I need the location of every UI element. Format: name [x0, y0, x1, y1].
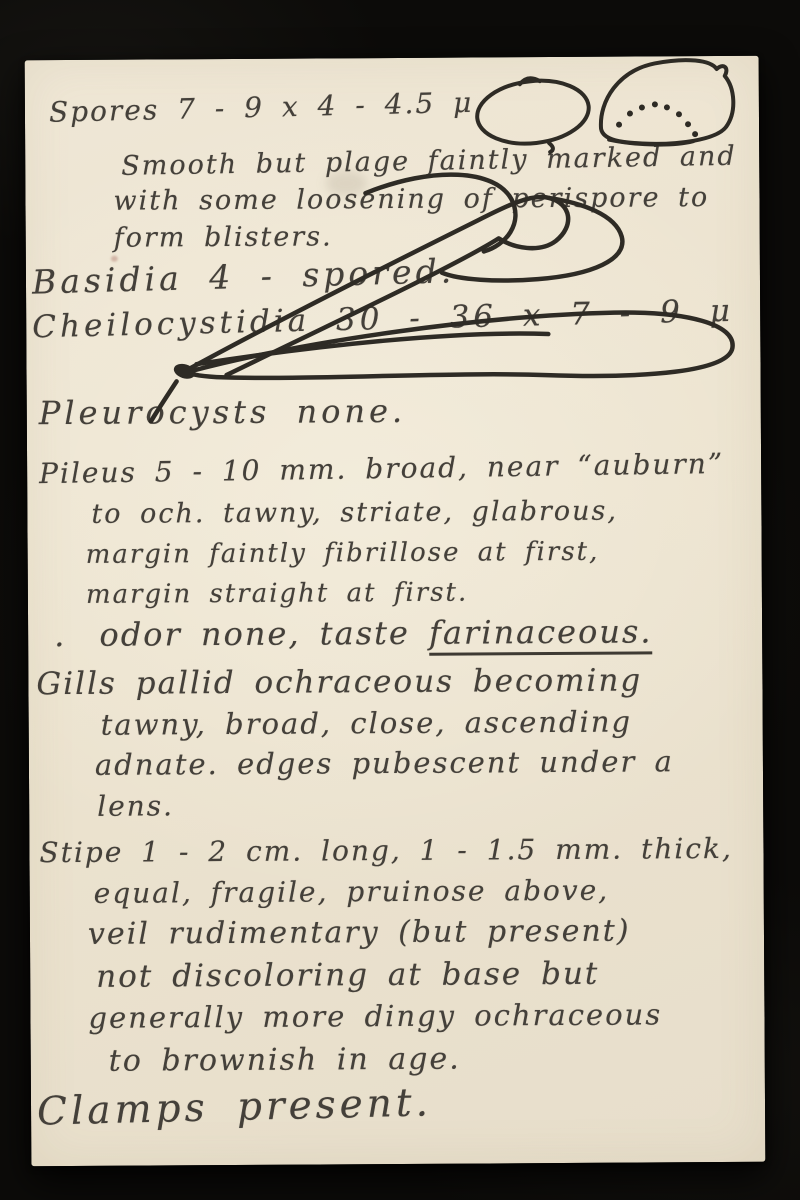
note-line: margin faintly fibrillose at first, — [86, 537, 600, 570]
note-line-cheilocystidia: Cheilocystidia 30 - 36 x 7 - 9 μ — [32, 293, 734, 346]
note-line: tawny, broad, close, ascending — [101, 705, 633, 742]
note-line: veil rudimentary (but present) — [88, 914, 631, 952]
note-line-pileus: Pileus 5 - 10 mm. broad, near “auburn” — [39, 447, 724, 490]
index-card: Spores 7 - 9 x 4 - 4.5 μ Smooth but plag… — [25, 56, 766, 1166]
odor-taste-text: odor none, taste — [99, 614, 410, 654]
underlined-farinaceous: farinaceous. — [429, 612, 653, 655]
note-line: lens. — [97, 789, 174, 822]
note-line: Smooth but plage faintly marked and — [121, 141, 737, 182]
note-line-spores: Spores 7 - 9 x 4 - 4.5 μ — [49, 86, 474, 129]
ink-blob — [172, 361, 197, 381]
spore-smooth-sketch — [474, 75, 592, 152]
note-line: adnate. edges pubescent under a — [95, 744, 674, 782]
note-line: not discoloring at base but — [96, 956, 599, 995]
note-line: with some loosening of perispore to — [113, 182, 709, 217]
note-line-odor-taste: . odor none, taste farinaceous. — [54, 612, 653, 654]
note-line-clamps: Clamps present. — [37, 1080, 433, 1134]
leading-period: . — [54, 616, 66, 654]
note-line-stipe: Stipe 1 - 2 cm. long, 1 - 1.5 mm. thick, — [39, 832, 733, 869]
note-line: equal, fragile, pruinose above, — [94, 874, 610, 910]
spore-perispore-sketch — [601, 60, 734, 145]
perispore-dots — [616, 101, 698, 138]
note-line: to brownish in age. — [109, 1042, 461, 1079]
note-line: form blisters. — [114, 221, 333, 253]
note-line-gills: Gills pallid ochraceous becoming — [36, 662, 642, 702]
note-line-basidia: Basidia 4 - spored. — [32, 251, 456, 301]
note-line: generally more dingy ochraceous — [88, 997, 662, 1035]
note-line-pleurocysts: Pleurocysts none. — [39, 392, 407, 432]
note-line: to och. tawny, striate, glabrous, — [91, 496, 618, 530]
note-line: margin straight at first. — [86, 578, 469, 610]
